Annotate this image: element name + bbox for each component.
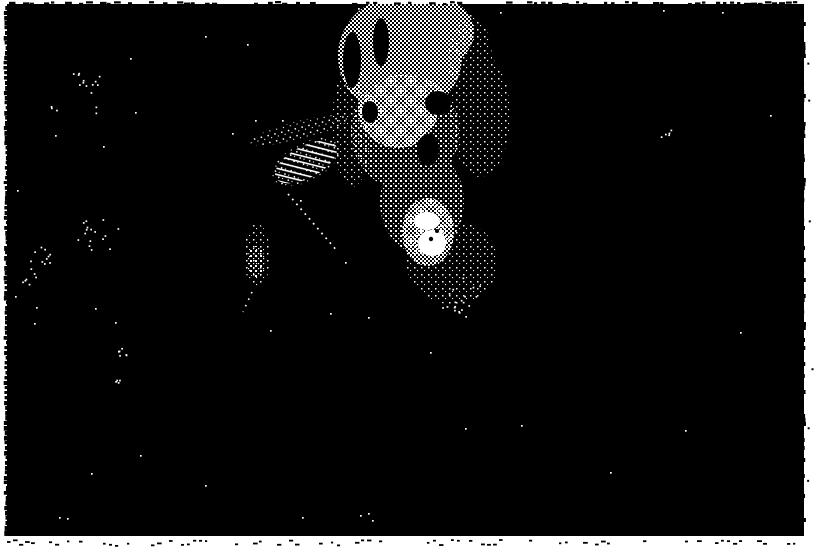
scanned-photo-page [0, 0, 815, 551]
grain-region [362, 101, 378, 123]
bright-hotspot [418, 230, 446, 256]
grain-region [247, 246, 265, 278]
grain-region [435, 229, 439, 233]
grain-region [373, 18, 389, 66]
grain-region [343, 32, 361, 88]
dark-dithered-photograph [0, 0, 815, 551]
bright-hotspot [414, 212, 440, 230]
grain-region [417, 134, 439, 166]
grain-region [429, 237, 433, 241]
grain-region [425, 91, 451, 115]
